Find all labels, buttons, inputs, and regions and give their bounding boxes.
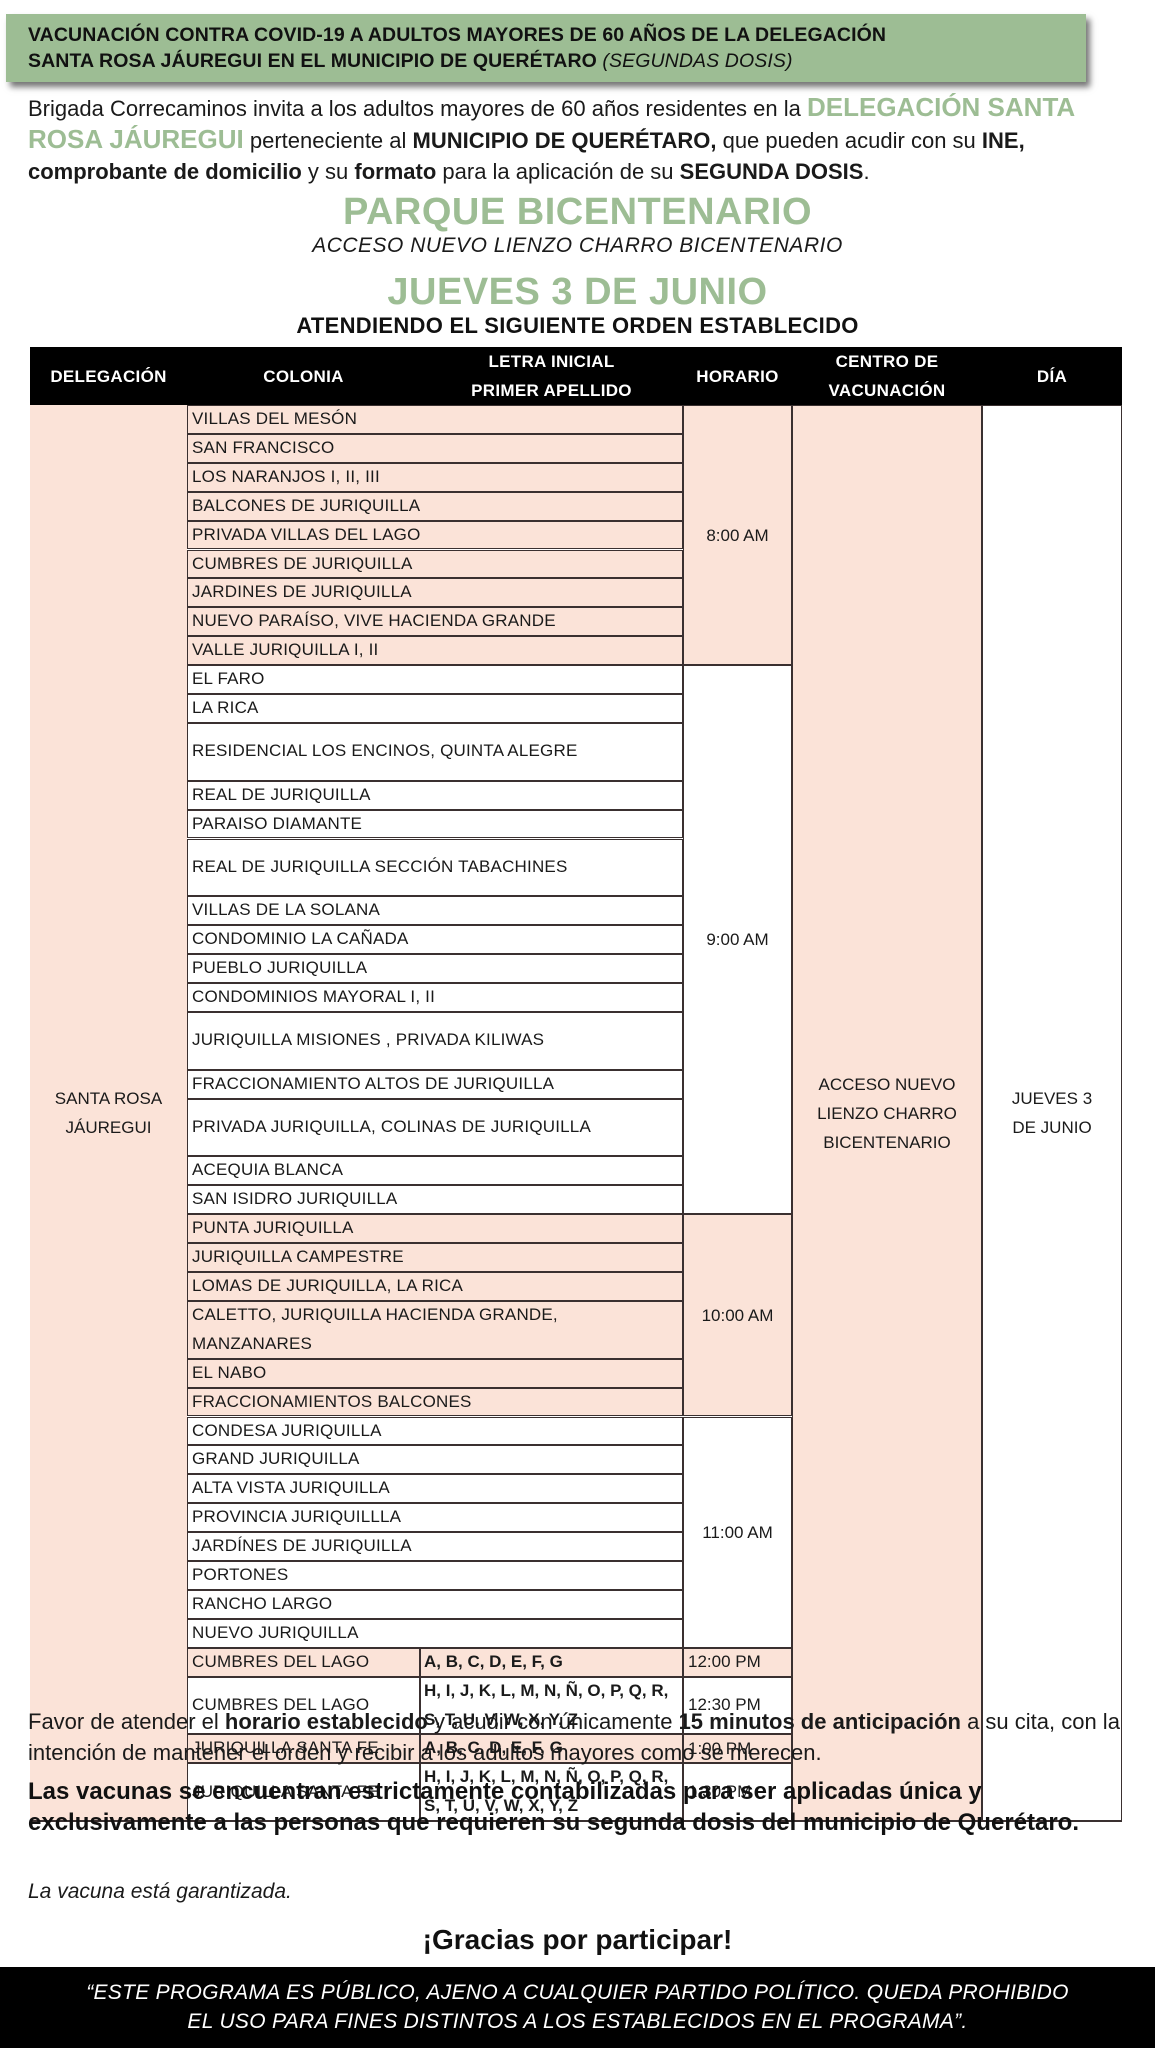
table-body: VILLAS DEL MESÓNSAN FRANCISCOLOS NARANJO…	[30, 405, 1122, 1705]
colonia-cell: SAN ISIDRO JURIQUILLA	[187, 1185, 683, 1214]
intro-dosis: SEGUNDA DOSIS	[680, 159, 864, 184]
colonia-cell: CUMBRES DEL LAGO	[187, 1648, 420, 1677]
header-delegacion: DELEGACIÓN	[30, 347, 187, 405]
colonia-cell: BALCONES DE JURIQUILLA	[187, 492, 683, 521]
order-note: ATENDIENDO EL SIGUIENTE ORDEN ESTABLECID…	[0, 312, 1155, 340]
colonia-cell: PORTONES	[187, 1561, 683, 1590]
colonia-cell: LOS NARANJOS I, II, III	[187, 463, 683, 492]
delegacion-cell: SANTA ROSA JÁUREGUI	[30, 405, 187, 1821]
banner-title-line2: SANTA ROSA JÁUREGUI EN EL MUNICIPIO DE Q…	[28, 48, 1066, 74]
note-bold: 15 minutos de anticipación	[679, 1709, 961, 1734]
colonia-cell: JURIQUILLA CAMPESTRE	[187, 1243, 683, 1272]
thanks-message: ¡Gracias por participar!	[0, 1922, 1155, 1958]
colonia-cell: RESIDENCIAL LOS ENCINOS, QUINTA ALEGRE	[187, 723, 683, 781]
colonia-cell: FRACCIONAMIENTO ALTOS DE JURIQUILLA	[187, 1070, 683, 1099]
banner-title-italic: (SEGUNDAS DOSIS)	[602, 50, 792, 72]
header-dia: DÍA	[982, 347, 1122, 405]
colonia-cell: CUMBRES DE JURIQUILLA	[187, 550, 683, 579]
horario-cell: 9:00 AM	[683, 665, 792, 1214]
intro-text: para la aplicación de su	[436, 159, 679, 184]
guarantee-note: La vacuna está garantizada.	[28, 1877, 292, 1907]
colonia-cell: PROVINCIA JURIQUILLLA	[187, 1503, 683, 1532]
colonia-cell: CALETTO, JURIQUILLA HACIENDA GRANDE, MAN…	[187, 1301, 683, 1359]
intro-text: .	[863, 159, 869, 184]
colonia-cell: REAL DE JURIQUILLA SECCIÓN TABACHINES	[187, 839, 683, 897]
horario-cell: 8:00 AM	[683, 405, 792, 665]
note-bold: horario establecido	[225, 1709, 428, 1734]
note-text: y acudir con únicamente	[428, 1709, 679, 1734]
banner-title-line1: VACUNACIÓN CONTRA COVID-19 A ADULTOS MAY…	[28, 22, 1066, 48]
horario-cell: 10:00 AM	[683, 1214, 792, 1416]
intro-text: Brigada Correcaminos invita a los adulto…	[28, 96, 807, 121]
colonia-cell: ALTA VISTA JURIQUILLA	[187, 1474, 683, 1503]
colonia-cell: VILLAS DEL MESÓN	[187, 405, 683, 434]
colonia-cell: NUEVO JURIQUILLA	[187, 1619, 683, 1648]
event-date: JUEVES 3 DE JUNIO	[0, 270, 1155, 314]
schedule-note: Favor de atender el horario establecido …	[28, 1706, 1143, 1768]
colonia-cell: JARDINES DE JURIQUILLA	[187, 578, 683, 607]
venue-access: ACCESO NUEVO LIENZO CHARRO BICENTENARIO	[0, 232, 1155, 260]
colonia-cell: VALLE JURIQUILLA I, II	[187, 636, 683, 665]
header-colonia: COLONIA	[187, 347, 420, 405]
intro-formato: formato	[354, 159, 436, 184]
colonia-cell: CONDOMINIO LA CAÑADA	[187, 925, 683, 954]
colonia-cell: PUEBLO JURIQUILLA	[187, 954, 683, 983]
note-text: Favor de atender el	[28, 1709, 225, 1734]
colonia-cell: PRIVADA VILLAS DEL LAGO	[187, 521, 683, 550]
banner-title-bold: SANTA ROSA JÁUREGUI EN EL MUNICIPIO DE Q…	[28, 50, 602, 72]
venue-name: PARQUE BICENTENARIO	[0, 190, 1155, 234]
dia-cell: JUEVES 3 DE JUNIO	[982, 405, 1122, 1821]
intro-text: perteneciente al	[244, 128, 413, 153]
header-centro: CENTRO DE VACUNACIÓN	[792, 347, 982, 405]
letra-cell: A, B, C, D, E, F, G	[420, 1648, 683, 1677]
vaccine-restriction-note: Las vacunas se encuentran estrictamente …	[28, 1776, 1143, 1838]
title-banner: VACUNACIÓN CONTRA COVID-19 A ADULTOS MAY…	[6, 14, 1086, 82]
table-header: DELEGACIÓN COLONIA LETRA INICIAL PRIMER …	[30, 347, 1122, 405]
colonia-cell: JARDÍNES DE JURIQUILLA	[187, 1532, 683, 1561]
colonia-cell: LOMAS DE JURIQUILLA, LA RICA	[187, 1272, 683, 1301]
horario-cell: 12:00 PM	[683, 1648, 792, 1677]
centro-cell: ACCESO NUEVO LIENZO CHARRO BICENTENARIO	[792, 405, 982, 1821]
intro-paragraph: Brigada Correcaminos invita a los adulto…	[28, 92, 1138, 187]
colonia-cell: RANCHO LARGO	[187, 1590, 683, 1619]
colonia-cell: EL FARO	[187, 665, 683, 694]
colonia-cell: REAL DE JURIQUILLA	[187, 781, 683, 810]
colonia-cell: PUNTA JURIQUILLA	[187, 1214, 683, 1243]
intro-text: que pueden acudir con su	[716, 128, 981, 153]
footer-line2: EL USO PARA FINES DISTINTOS A LOS ESTABL…	[0, 2007, 1155, 2036]
colonia-cell: EL NABO	[187, 1359, 683, 1388]
colonia-cell: VILLAS DE LA SOLANA	[187, 896, 683, 925]
header-horario: HORARIO	[683, 347, 792, 405]
intro-municipio: MUNICIPIO DE QUERÉTARO,	[413, 128, 717, 153]
colonia-cell: NUEVO PARAÍSO, VIVE HACIENDA GRANDE	[187, 607, 683, 636]
legal-footer: “ESTE PROGRAMA ES PÚBLICO, AJENO A CUALQ…	[0, 1967, 1155, 2048]
colonia-cell: LA RICA	[187, 694, 683, 723]
colonia-cell: JURIQUILLA MISIONES , PRIVADA KILIWAS	[187, 1012, 683, 1070]
colonia-cell: PARAISO DIAMANTE	[187, 810, 683, 839]
colonia-cell: FRACCIONAMIENTOS BALCONES	[187, 1388, 683, 1417]
header-letra: LETRA INICIAL PRIMER APELLIDO	[420, 347, 683, 405]
colonia-cell: CONDOMINIOS MAYORAL I, II	[187, 983, 683, 1012]
colonia-cell: CONDESA JURIQUILLA	[187, 1417, 683, 1446]
colonia-cell: GRAND JURIQUILLA	[187, 1445, 683, 1474]
colonia-cell: ACEQUIA BLANCA	[187, 1156, 683, 1185]
horario-cell: 11:00 AM	[683, 1417, 792, 1648]
colonia-cell: SAN FRANCISCO	[187, 434, 683, 463]
footer-line1: “ESTE PROGRAMA ES PÚBLICO, AJENO A CUALQ…	[0, 1978, 1155, 2007]
colonia-cell: PRIVADA JURIQUILLA, COLINAS DE JURIQUILL…	[187, 1099, 683, 1157]
intro-text: y su	[302, 159, 355, 184]
